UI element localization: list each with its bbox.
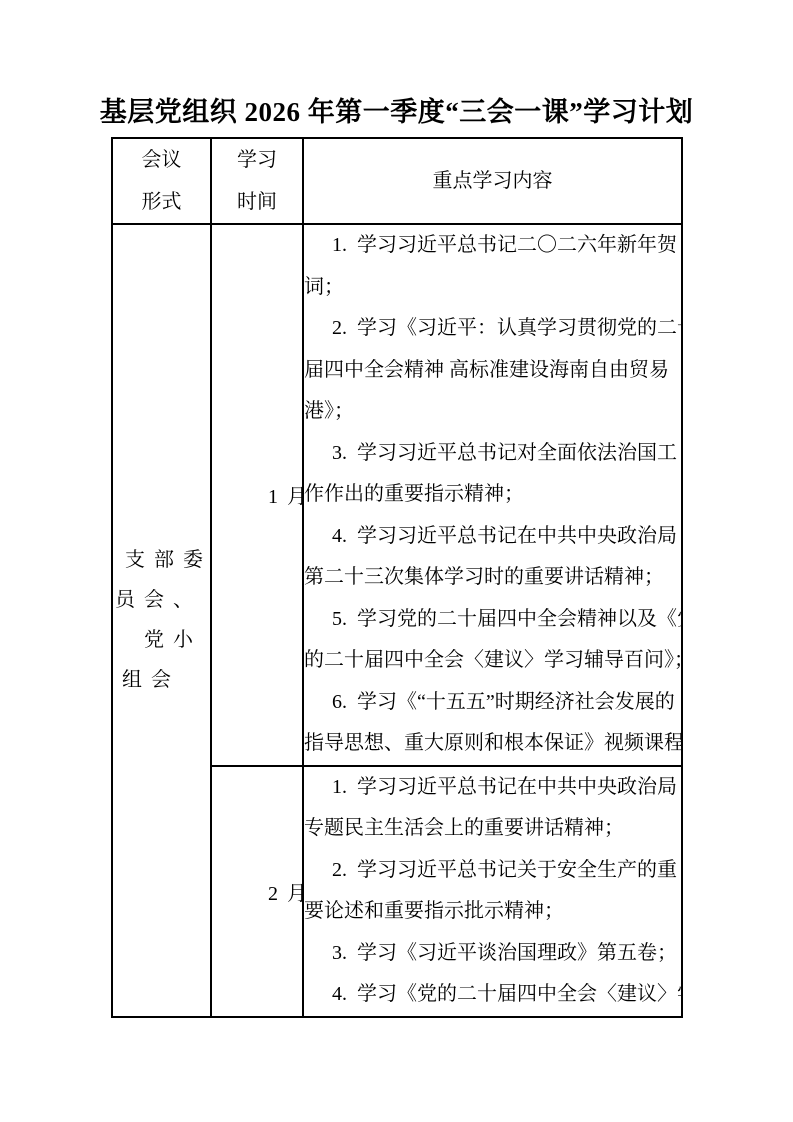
study-items-list: 1. 学习习近平总书记二〇二六年新年贺词；2. 学习《习近平：认真学习贯彻党的二…	[304, 225, 681, 765]
study-content-cell: 1. 学习习近平总书记在中共中央政治局专题民主生活会上的重要讲话精神；2. 学习…	[303, 766, 682, 1017]
header-line: 时间	[212, 181, 302, 223]
meeting-type-line: 支部委	[125, 540, 210, 580]
content-line: 6. 学习《“十五五”时期经济社会发展的	[304, 682, 681, 724]
meeting-type-line: 党小	[144, 620, 210, 660]
study-item: 3. 学习习近平总书记对全面依法治国工作作出的重要指示精神；	[304, 433, 681, 516]
content-line: 4. 学习习近平总书记在中共中央政治局	[304, 516, 681, 558]
month-label: 2 月	[268, 883, 309, 905]
meeting-type-line: 员会、	[115, 580, 210, 620]
content-line: 词；	[304, 267, 681, 309]
content-line: 2. 学习习近平总书记关于安全生产的重	[304, 850, 681, 892]
header-study-time: 学习 时间	[211, 138, 303, 224]
header-line: 重点学习内容	[304, 160, 681, 202]
study-item: 2. 学习习近平总书记关于安全生产的重要论述和重要指示批示精神；	[304, 850, 681, 933]
content-line: 2. 学习《习近平：认真学习贯彻党的二十	[304, 308, 681, 350]
month-cell: 1 月	[211, 224, 303, 766]
meeting-type-cell: 支部委员会、党小组会	[112, 224, 211, 1017]
content-line: 4. 学习《党的二十届四中全会〈建议〉学	[304, 974, 681, 1016]
study-item: 5. 学习党的二十届四中全会精神以及《党的二十届四中全会〈建议〉学习辅导百问》；	[304, 599, 681, 682]
month-cell: 2 月	[211, 766, 303, 1017]
study-item: 4. 学习习近平总书记在中共中央政治局第二十三次集体学习时的重要讲话精神；	[304, 516, 681, 599]
content-line: 3. 学习《习近平谈治国理政》第五卷；	[304, 933, 681, 975]
month-label: 1 月	[268, 486, 309, 508]
study-item: 1. 学习习近平总书记二〇二六年新年贺词；	[304, 225, 681, 308]
table-header-row: 会议 形式 学习 时间 重点学习内容	[112, 138, 682, 224]
meeting-type: 支部委员会、党小组会	[113, 540, 210, 700]
document-title: 基层党组织 2026 年第一季度“三会一课”学习计划	[0, 94, 793, 130]
study-item: 6. 学习《“十五五”时期经济社会发展的指导思想、重大原则和根本保证》视频课程。	[304, 682, 681, 765]
content-line: 3. 学习习近平总书记对全面依法治国工	[304, 433, 681, 475]
study-item: 4. 学习《党的二十届四中全会〈建议〉学	[304, 974, 681, 1016]
content-line: 指导思想、重大原则和根本保证》视频课程。	[304, 723, 681, 765]
content-line: 要论述和重要指示批示精神；	[304, 891, 681, 933]
study-item: 2. 学习《习近平：认真学习贯彻党的二十届四中全会精神 高标准建设海南自由贸易港…	[304, 308, 681, 433]
content-line: 港》；	[304, 391, 681, 433]
header-study-content: 重点学习内容	[303, 138, 682, 224]
content-line: 作作出的重要指示精神；	[304, 474, 681, 516]
content-line: 专题民主生活会上的重要讲话精神；	[304, 808, 681, 850]
header-line: 形式	[113, 181, 210, 223]
header-line: 会议	[113, 139, 210, 181]
study-item: 1. 学习习近平总书记在中共中央政治局专题民主生活会上的重要讲话精神；	[304, 767, 681, 850]
content-line: 第二十三次集体学习时的重要讲话精神；	[304, 557, 681, 599]
table-row-january: 支部委员会、党小组会 1 月 1. 学习习近平总书记二〇二六年新年贺词；2. 学…	[112, 224, 682, 766]
study-items-list: 1. 学习习近平总书记在中共中央政治局专题民主生活会上的重要讲话精神；2. 学习…	[304, 767, 681, 1016]
content-line: 的二十届四中全会〈建议〉学习辅导百问》；	[304, 640, 681, 682]
study-plan-table: 会议 形式 学习 时间 重点学习内容 支部委员会、党小组会 1 月 1. 学习习…	[111, 137, 683, 1018]
content-line: 届四中全会精神 高标准建设海南自由贸易	[304, 350, 681, 392]
meeting-type-line: 组会	[122, 660, 210, 700]
content-line: 1. 学习习近平总书记在中共中央政治局	[304, 767, 681, 809]
header-meeting-form: 会议 形式	[112, 138, 211, 224]
document-page: 基层党组织 2026 年第一季度“三会一课”学习计划 会议 形式 学习 时间 重…	[0, 0, 793, 1122]
study-item: 3. 学习《习近平谈治国理政》第五卷；	[304, 933, 681, 975]
content-line: 5. 学习党的二十届四中全会精神以及《党	[304, 599, 681, 641]
content-line: 1. 学习习近平总书记二〇二六年新年贺	[304, 225, 681, 267]
header-line: 学习	[212, 139, 302, 181]
study-content-cell: 1. 学习习近平总书记二〇二六年新年贺词；2. 学习《习近平：认真学习贯彻党的二…	[303, 224, 682, 766]
